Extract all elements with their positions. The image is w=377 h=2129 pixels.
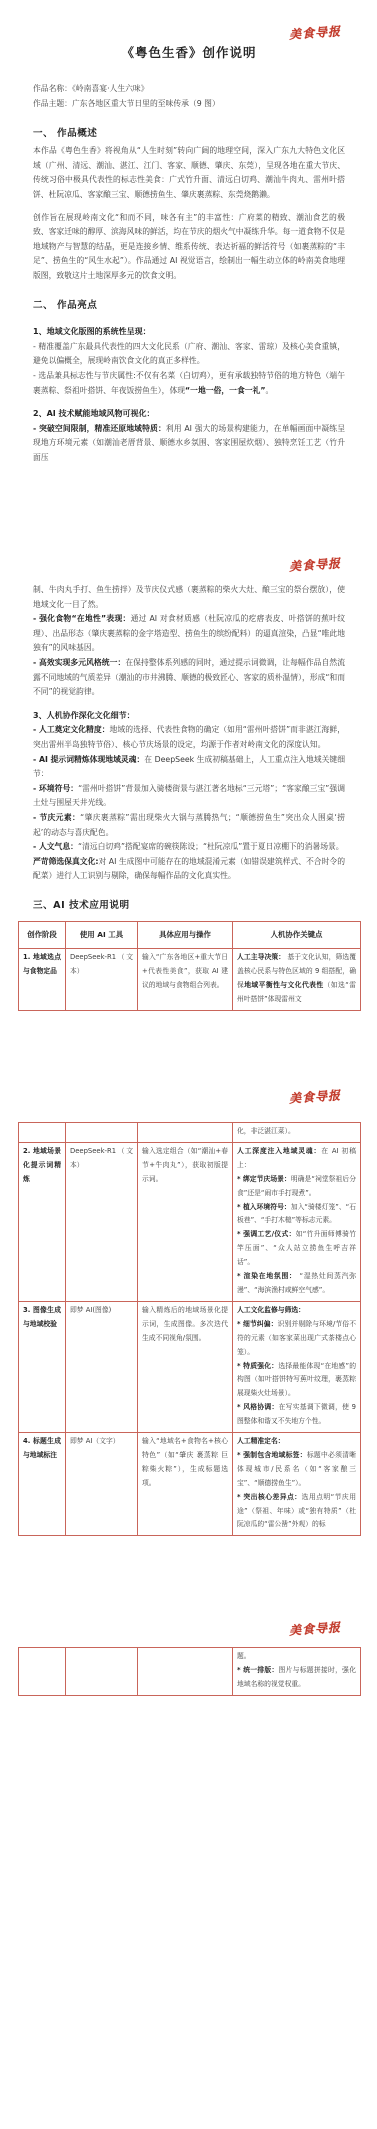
row1-collab-cell-continued: 化，非泛湛江菜）。	[233, 1123, 361, 1143]
row1-collab-cell: 人工主导决策： 基于文化认知，筛选覆盖核心民系与特色区域的 9 组搭配，确保地域…	[233, 949, 361, 1011]
brand-logo: 美食导报	[288, 1618, 341, 1639]
ai-table-row-4: 4. 标题生成与地域标注 即梦 AI（文字） 输入“地域名+食物名+核心特色”（…	[19, 1433, 361, 1536]
ai-table-row-4-continued: 题。* 统一排版：图片与标题拼接时，强化地域名称的视觉权重。	[19, 1648, 361, 1696]
row1-operation-cell: 输入“广东各地区+重大节日+代表性美食”，获取 AI 建议的地域与食物组合列表。	[138, 949, 233, 1011]
ai-table-row-1: 1. 地域选点与食物定品 DeepSeek-R1（文本） 输入“广东各地区+重大…	[19, 949, 361, 1011]
row1-tool-cell: DeepSeek-R1（文本）	[66, 949, 138, 1011]
ai-table-row-1-continued: 化，非泛湛江菜）。	[19, 1123, 361, 1143]
highlight-sub2-bullet-2: - 强化食物“在地性”表现：通过 AI 对食材质感（杜阮凉瓜的疙瘩表皮、叶搭饼的…	[33, 612, 345, 656]
ai-table-row-3: 3. 图像生成与地域校验 即梦 AI(图像) 输入精炼后的地域场景化提示词，生成…	[19, 1301, 361, 1432]
row3-stage-cell: 3. 图像生成与地域校验	[19, 1301, 66, 1432]
highlight-sub2-bullet-3: - 高效实现多元风格统一：在保持整体系列感的同时，通过提示词微调，让每幅作品自然…	[33, 656, 345, 700]
row2-tool-cell: DeepSeek-R1（文本）	[66, 1142, 138, 1301]
highlight-sub2-heading: 2、AI 技术赋能地域风物可视化：	[33, 398, 345, 422]
ai-table-row-2: 2. 地域场景化提示词精炼 DeepSeek-R1（文本） 输入选定组合（如“潮…	[19, 1142, 361, 1301]
meta-work-name: 作品名称：《岭南喜宴·人生六味》	[33, 81, 345, 97]
ai-table-header-row: 创作阶段 使用 AI 工具 具体应用与操作 人机协作关键点	[19, 922, 361, 949]
overview-paragraph-2: 创作旨在展现岭南文化“和而不同，味各有主”的丰富性：广府菜的精致、潮汕食艺的极致…	[33, 203, 345, 284]
page-1: 美食导报 《粤色生香》创作说明 作品名称：《岭南喜宴·人生六味》 作品主题：广东…	[0, 0, 377, 532]
highlight-sub3-bullet-6: 严苛筛选保真文化:对 AI 生成图中可能存在的地域混淆元素（如错误建筑样式、不合…	[33, 855, 345, 884]
row4-stage-cell: 4. 标题生成与地域标注	[19, 1433, 66, 1536]
row2-collab-cell: 人工深度注入地域灵魂：在 AI 初稿上：* 绑定节庆场景：明确是“祠堂祭祖后分食…	[233, 1142, 361, 1301]
highlight-sub3-bullet-1: - 人工奠定文化精度：地域的选择、代表性食物的确定（如用“雷州叶搭饼”而非湛江海…	[33, 723, 345, 752]
highlight-sub1-bullet-1: - 精准覆盖广东最具代表性的四大文化民系（广府、潮汕、客家、雷琼）及核心美食重镇…	[33, 340, 345, 369]
row2-operation-cell: 输入选定组合（如“潮汕+春节+牛肉丸”），获取初版提示词。	[138, 1142, 233, 1301]
empty-cell	[19, 1123, 66, 1143]
highlight-sub3-heading: 3、人机协作深化文化细节：	[33, 700, 345, 724]
highlight-sub2-bullet-1-part1: - 突破空间限制，精准还原地域特质：利用 AI 强大的场景构建能力，在单幅画面中…	[33, 422, 345, 466]
row4-collab-cell-continued: 题。* 统一排版：图片与标题拼接时，强化地域名称的视觉权重。	[233, 1648, 361, 1696]
highlight-sub1-bullet-2: - 选品兼具标志性与节庆属性:不仅有名菜（白切鸡），更有承载独特节俗的地方特色（…	[33, 369, 345, 398]
overview-paragraph-1: 本作品《粤色生香》将视角从“人生时刻”转向广阔的地理空间，深入广东九大特色文化区…	[33, 144, 345, 202]
row3-operation-cell: 输入精炼后的地域场景化提示词，生成图像。多次迭代生成不同视角/氛围。	[138, 1301, 233, 1432]
highlight-sub3-bullet-3: - 环境符号：“雷州叶搭饼”背景加入骑楼街景与湛江著名地标“三元塔”；“客家酿三…	[33, 782, 345, 811]
row3-collab-cell: 人工文化监修与筛选：* 细节纠偏：识别并剔除与环境/节俗不符的元素（如客家菜出现…	[233, 1301, 361, 1432]
row4-tool-cell: 即梦 AI（文字）	[66, 1433, 138, 1536]
row2-stage-cell: 2. 地域场景化提示词精炼	[19, 1142, 66, 1301]
ai-table-header-operation: 具体应用与操作	[138, 922, 233, 949]
page-2: 美食导报 制、牛肉丸手打、鱼生捞拌）及节庆仪式感（裹蒸粽的柴火大灶、酿三宝的祭台…	[0, 532, 377, 1064]
empty-cell	[66, 1648, 138, 1696]
empty-cell	[19, 1648, 66, 1696]
ai-tools-table-part3: 题。* 统一排版：图片与标题拼接时，强化地域名称的视觉权重。	[18, 1647, 361, 1696]
empty-cell	[66, 1123, 138, 1143]
ai-table-header-collab: 人机协作关键点	[233, 922, 361, 949]
row3-tool-cell: 即梦 AI(图像)	[66, 1301, 138, 1432]
highlight-sub3-bullet-5: - 人文气息：“清远白切鸡”搭配宴席的碗筷陈设；“杜阮凉瓜”置于夏日凉棚下的消暑…	[33, 840, 345, 855]
meta-work-theme: 作品主题：广东各地区重大节日里的至味传承（9 图）	[33, 96, 345, 112]
highlight-sub2-bullet-1-part2: 制、牛肉丸手打、鱼生捞拌）及节庆仪式感（裹蒸粽的柴火大灶、酿三宝的祭台摆放），使…	[33, 583, 345, 612]
ai-tools-table-part2: 化，非泛湛江菜）。 2. 地域场景化提示词精炼 DeepSeek-R1（文本） …	[18, 1122, 361, 1536]
row1-stage-cell: 1. 地域选点与食物定品	[19, 949, 66, 1011]
highlight-sub3-bullet-2: - AI 提示词精炼体现地域灵魂：在 DeepSeek 生成初稿基础上，人工重点…	[33, 753, 345, 782]
section-overview-heading: 一、 作品概述	[33, 112, 345, 145]
row4-operation-cell: 输入“地域名+食物名+核心特色”（如“肇庆 裹蒸粽 巨粽柴火粽”），生成标题选项…	[138, 1433, 233, 1536]
document-meta: 作品名称：《岭南喜宴·人生六味》 作品主题：广东各地区重大节日里的至味传承（9 …	[33, 81, 345, 112]
highlight-sub1-heading: 1、地域文化版图的系统性呈现：	[33, 316, 345, 340]
row4-collab-cell: 人工精准定名：* 强制包含地域标签：标题中必须清晰体现城市/民系名（如“客家酿三…	[233, 1433, 361, 1536]
highlight-sub3-bullet-4: - 节庆元素：“肇庆裹蒸粽”需出现柴火大锅与蒸腾热气；“顺德捞鱼生”突出众人围桌…	[33, 811, 345, 840]
section-highlights-heading: 二、 作品亮点	[33, 284, 345, 317]
empty-cell	[138, 1648, 233, 1696]
ai-table-header-tool: 使用 AI 工具	[66, 922, 138, 949]
brand-logo: 美食导报	[288, 22, 341, 43]
section-ai-heading: 三、AI 技术应用说明	[33, 884, 345, 917]
page-3: 美食导报 化，非泛湛江菜）。 2. 地域场景化提示词精炼 DeepSeek-R1…	[0, 1064, 377, 1596]
empty-cell	[138, 1123, 233, 1143]
ai-tools-table-part1: 创作阶段 使用 AI 工具 具体应用与操作 人机协作关键点 1. 地域选点与食物…	[18, 921, 361, 1011]
ai-table-header-stage: 创作阶段	[19, 922, 66, 949]
brand-logo: 美食导报	[288, 1086, 341, 1107]
brand-logo: 美食导报	[288, 554, 341, 575]
page-4: 美食导报 题。* 统一排版：图片与标题拼接时，强化地域名称的视觉权重。	[0, 1596, 377, 2129]
document-viewer: { "brand": { "logo_text": "美食导报", "logo_…	[0, 0, 377, 2129]
